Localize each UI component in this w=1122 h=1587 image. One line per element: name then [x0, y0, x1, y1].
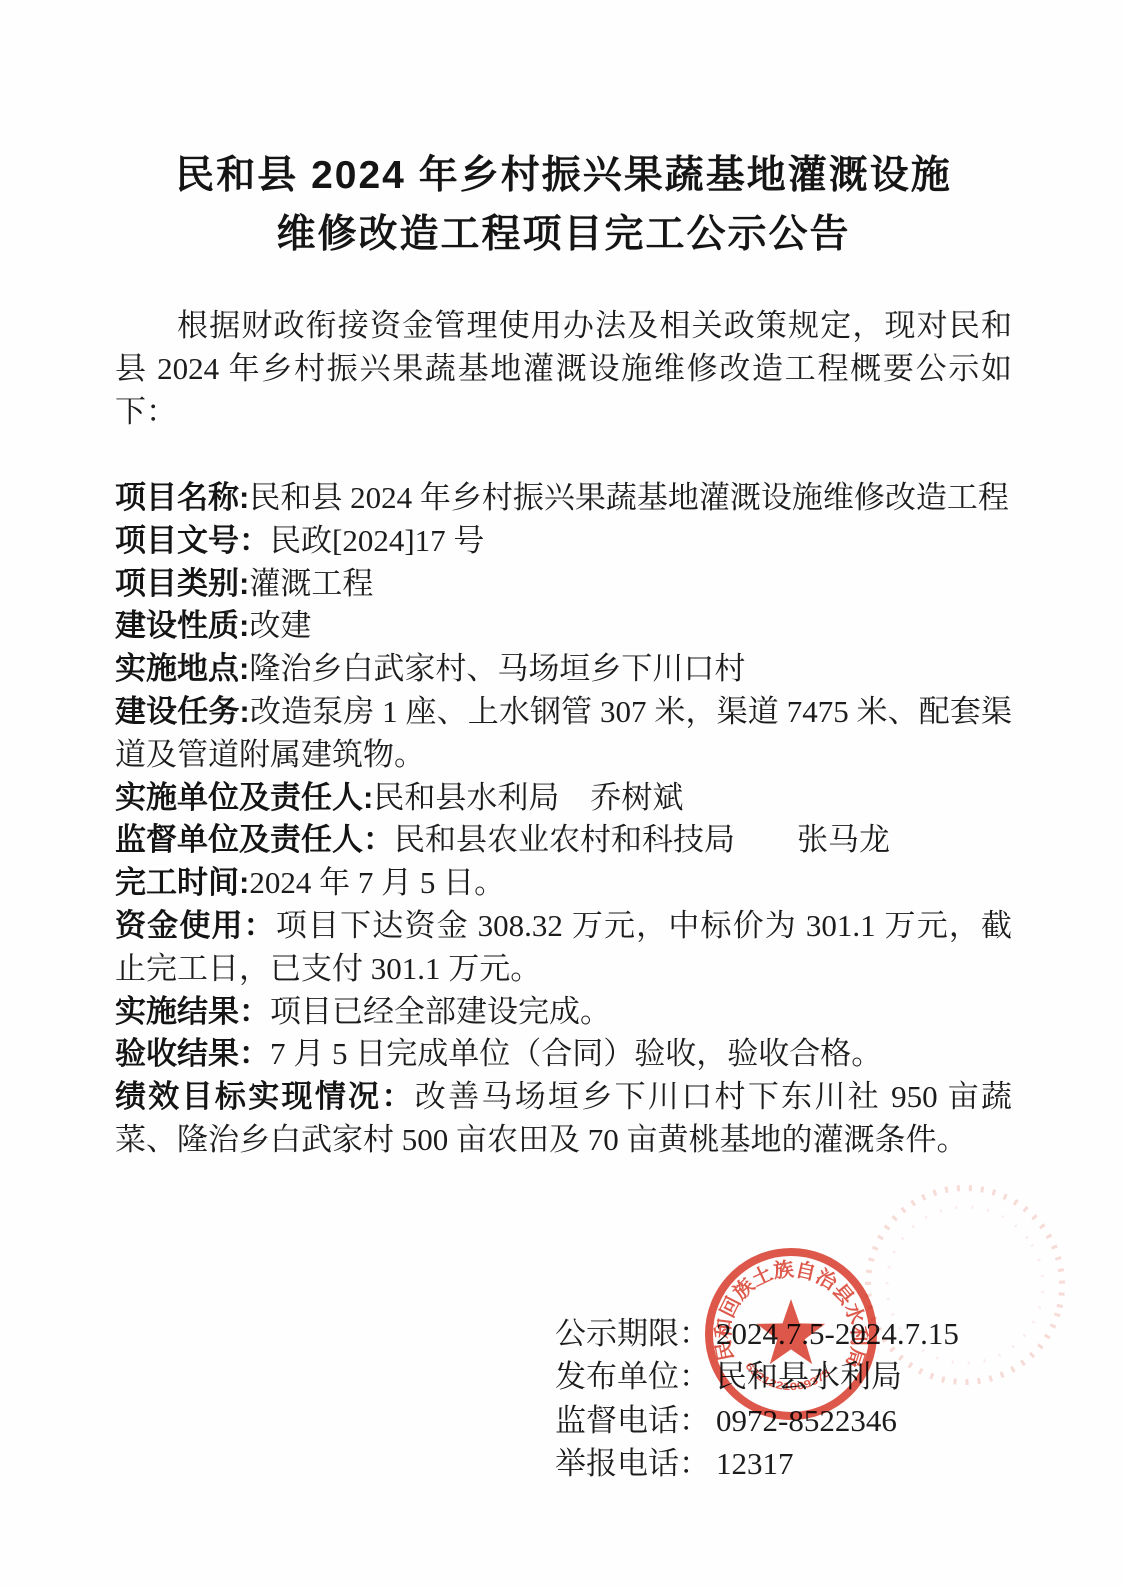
intro-paragraph: 根据财政衔接资金管理使用办法及相关政策规定，现对民和县 2024 年乡村振兴果蔬… — [115, 304, 1012, 433]
item-label: 实施地点: — [115, 651, 249, 686]
item-construction-nature: 建设性质:改建 — [115, 605, 1012, 648]
item-label: 完工时间: — [115, 865, 249, 900]
item-value: 项目已经全部建设完成。 — [270, 994, 611, 1029]
item-value: 民和县水利局 乔树斌 — [373, 780, 683, 815]
item-implementation-result: 实施结果：项目已经全部建设完成。 — [115, 991, 1012, 1034]
item-value: 民政[2024]17 号 — [270, 523, 484, 558]
footer-value: 12317 — [716, 1446, 794, 1481]
item-value: 2024 年 7 月 5 日。 — [249, 865, 505, 900]
footer-label: 发布单位： — [555, 1359, 710, 1394]
title-line-1: 民和县 2024 年乡村振兴果蔬基地灌溉设施 — [115, 146, 1012, 205]
item-implementing-unit: 实施单位及责任人:民和县水利局 乔树斌 — [115, 777, 1012, 820]
item-value: 隆治乡白武家村、马场垣乡下川口村 — [249, 651, 745, 686]
item-value: 改造泵房 1 座、上水钢管 307 米，渠道 7475 米、配套渠道及管道附属建… — [115, 694, 1012, 772]
item-value: 民和县 2024 年乡村振兴果蔬基地灌溉设施维修改造工程 — [249, 480, 1009, 515]
item-construction-task: 建设任务:改造泵房 1 座、上水钢管 307 米，渠道 7475 米、配套渠道及… — [115, 691, 1012, 777]
item-label: 验收结果： — [115, 1036, 270, 1071]
item-value: 民和县农业农村和科技局 张马龙 — [394, 822, 890, 857]
item-project-category: 项目类别:灌溉工程 — [115, 563, 1012, 606]
item-value: 改建 — [249, 608, 311, 643]
document-page: 民和县 2024 年乡村振兴果蔬基地灌溉设施 维修改造工程项目完工公示公告 根据… — [0, 0, 1122, 1587]
footer-label: 公示期限： — [555, 1316, 710, 1351]
item-funds-usage: 资金使用：项目下达资金 308.32 万元，中标价为 301.1 万元，截止完工… — [115, 905, 1012, 991]
footer-report-phone: 举报电话：12317 — [555, 1442, 1012, 1486]
item-label: 项目名称: — [115, 480, 249, 515]
item-label: 实施单位及责任人: — [115, 780, 373, 815]
item-label: 项目类别: — [115, 566, 249, 601]
item-performance-goal: 绩效目标实现情况：改善马场垣乡下川口村下东川社 950 亩蔬菜、隆治乡白武家村 … — [115, 1076, 1012, 1162]
item-project-name: 项目名称:民和县 2024 年乡村振兴果蔬基地灌溉设施维修改造工程 — [115, 477, 1012, 520]
item-value: 7 月 5 日完成单位（合同）验收，验收合格。 — [270, 1036, 882, 1071]
seal-star-icon — [757, 1299, 825, 1364]
item-implementation-site: 实施地点:隆治乡白武家村、马场垣乡下川口村 — [115, 648, 1012, 691]
item-label: 实施结果： — [115, 994, 270, 1029]
item-label: 建设任务: — [115, 694, 250, 729]
item-supervising-unit: 监督单位及责任人：民和县农业农村和科技局 张马龙 — [115, 819, 1012, 862]
item-label: 监督单位及责任人： — [115, 822, 394, 857]
project-detail-list: 项目名称:民和县 2024 年乡村振兴果蔬基地灌溉设施维修改造工程 项目文号：民… — [115, 477, 1012, 1162]
title-line-2: 维修改造工程项目完工公示公告 — [115, 205, 1012, 264]
item-label: 绩效目标实现情况： — [115, 1079, 415, 1114]
item-document-number: 项目文号：民政[2024]17 号 — [115, 520, 1012, 563]
item-value: 灌溉工程 — [249, 566, 373, 601]
item-label: 建设性质: — [115, 608, 249, 643]
footer-label: 监督电话： — [555, 1403, 710, 1438]
seal-ghost-impression — [858, 1178, 1072, 1392]
official-seal: 民和回族土族自治县水利局 6321221009378 — [700, 1243, 882, 1425]
footer-label: 举报电话： — [555, 1446, 710, 1481]
item-completion-date: 完工时间:2024 年 7 月 5 日。 — [115, 862, 1012, 905]
seal-code-text: 6321221009378 — [742, 1360, 833, 1393]
item-acceptance-result: 验收结果：7 月 5 日完成单位（合同）验收，验收合格。 — [115, 1033, 1012, 1076]
document-title: 民和县 2024 年乡村振兴果蔬基地灌溉设施 维修改造工程项目完工公示公告 — [115, 146, 1012, 264]
item-label: 资金使用： — [115, 908, 276, 943]
item-label: 项目文号： — [115, 523, 270, 558]
